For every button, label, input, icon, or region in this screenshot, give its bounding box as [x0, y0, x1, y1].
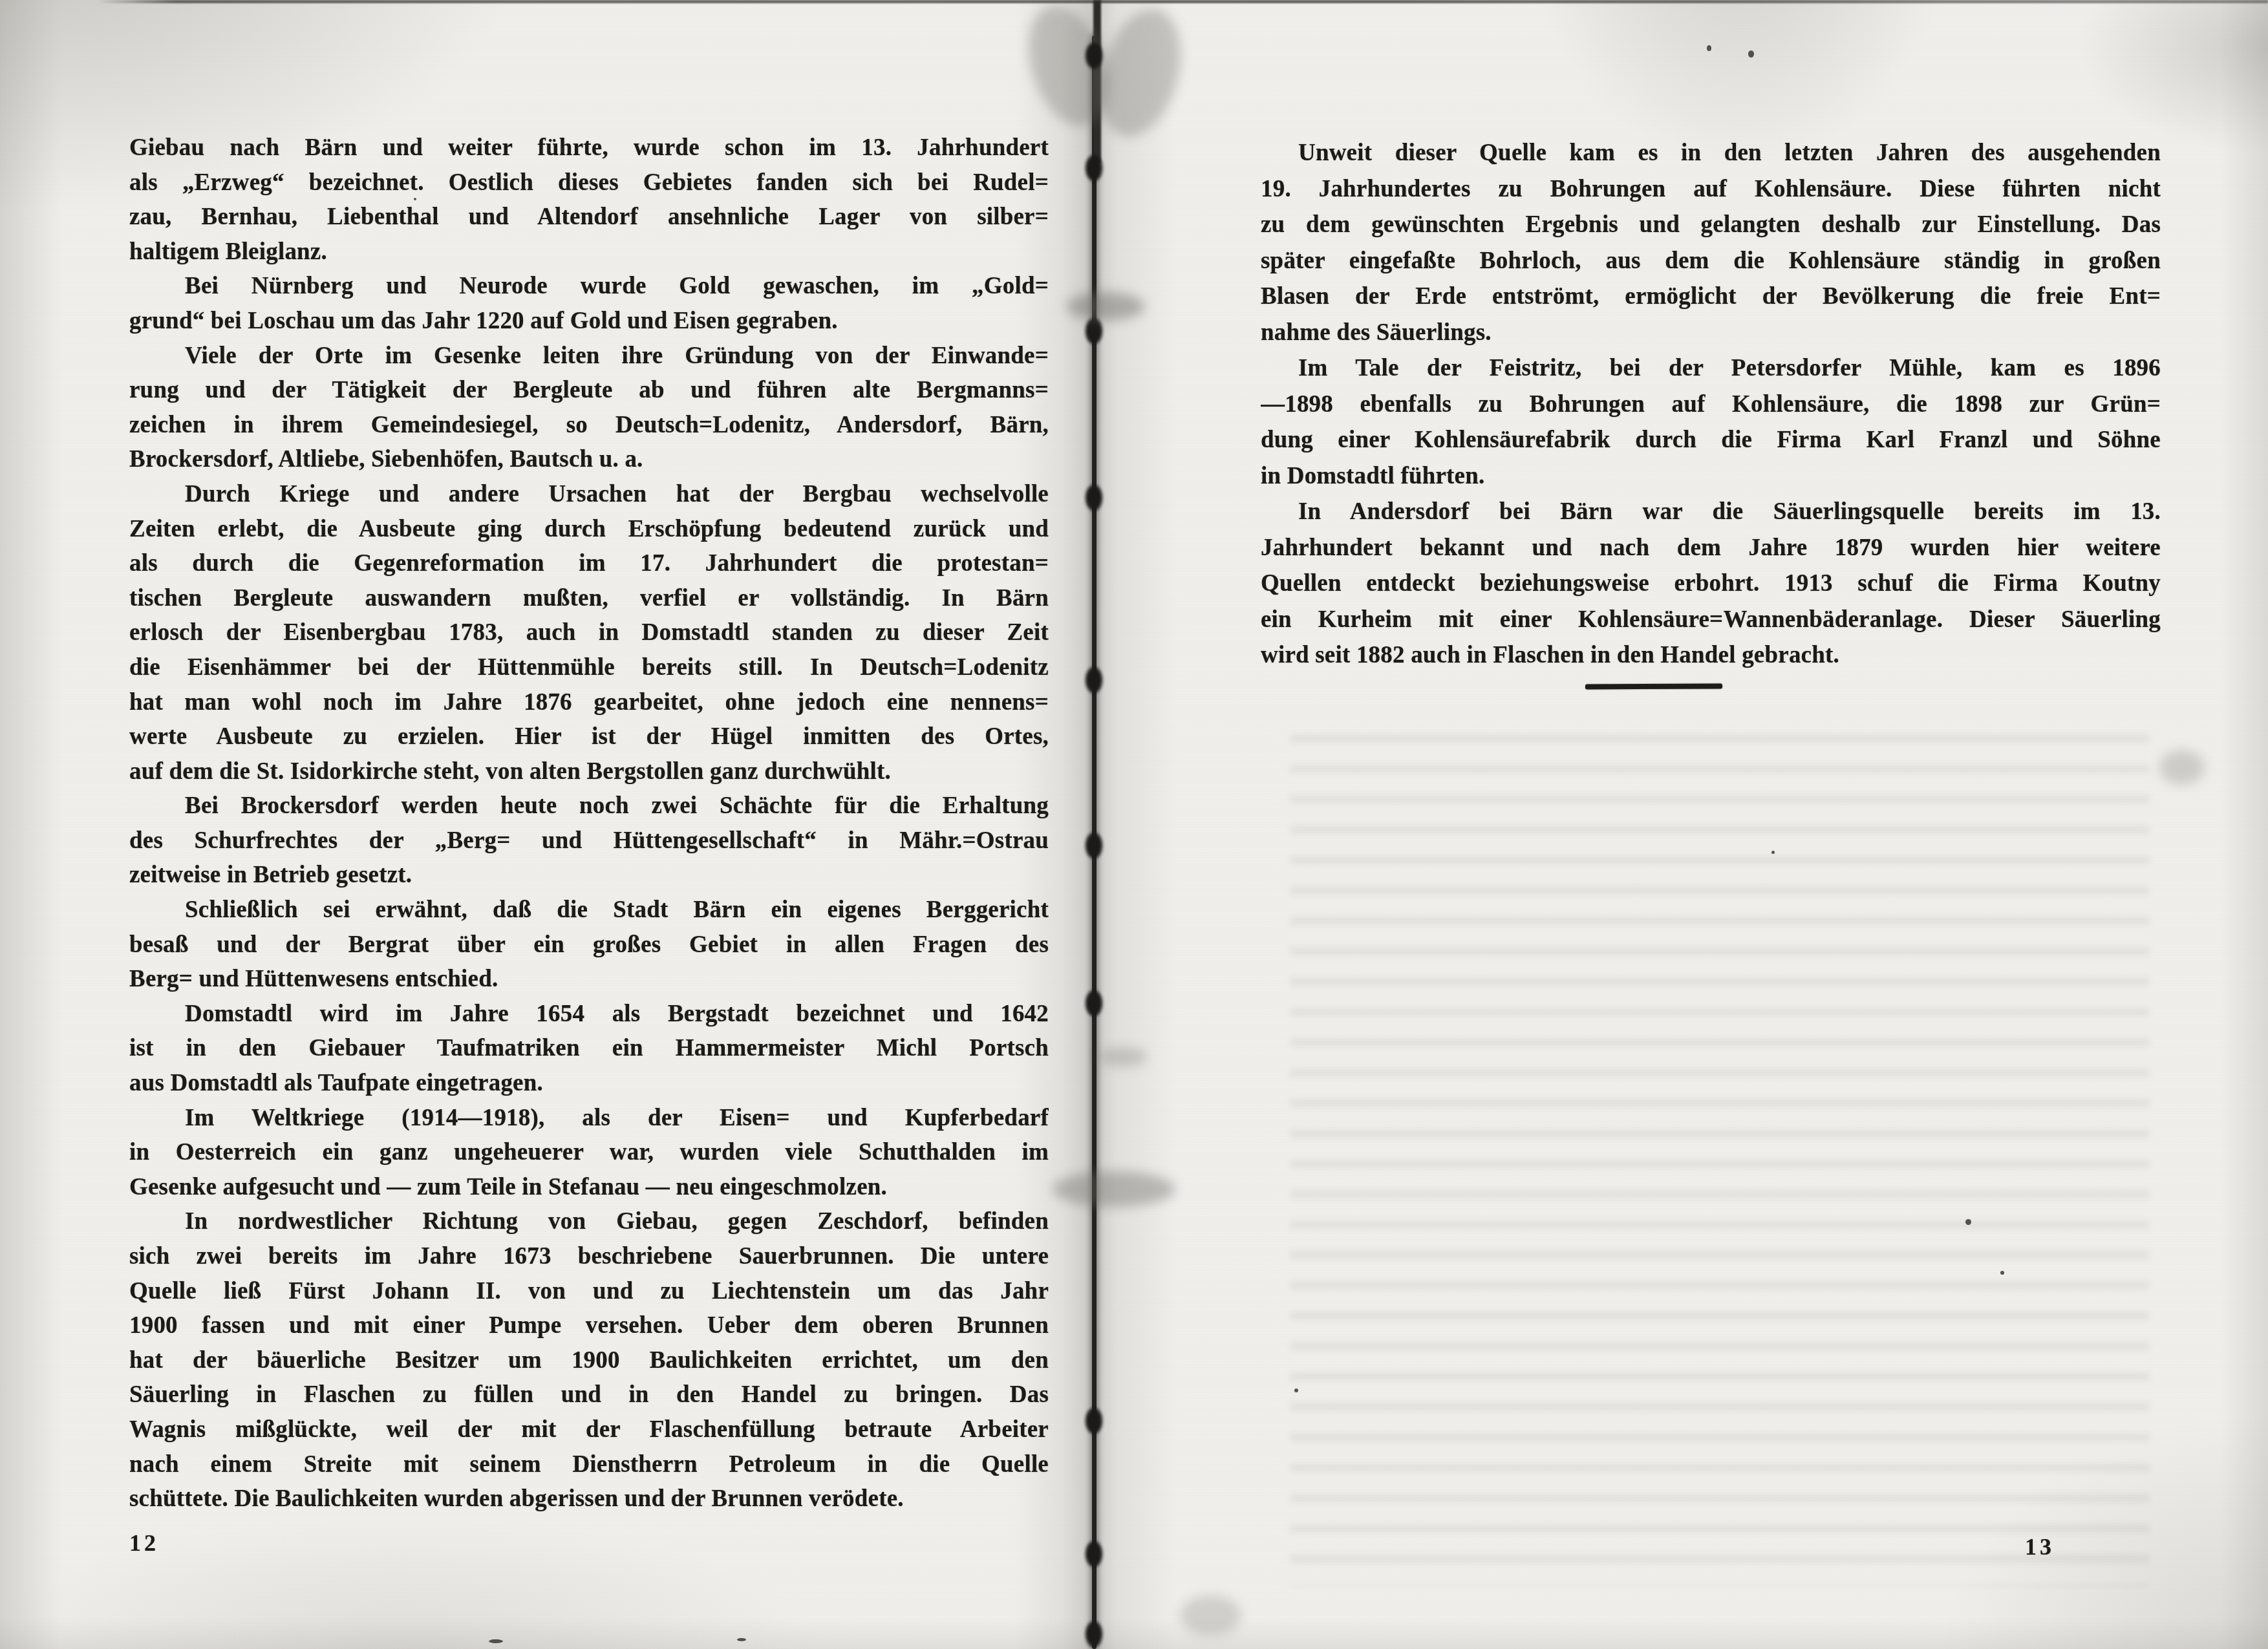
- scan-top-edge-shadow: [97, 0, 2268, 3]
- ink-speck: [1707, 45, 1711, 51]
- margin-smudge: [2159, 750, 2205, 785]
- text-line: nach einem Streite mit seinem Dienstherr…: [129, 1447, 1049, 1482]
- text-line: Schließlich sei erwähnt, daß die Stadt B…: [129, 893, 1049, 928]
- binding-stitch: [1086, 1408, 1102, 1434]
- binding-stitch: [1086, 485, 1102, 511]
- text-line: dung einer Kohlensäurefabrik durch die F…: [1261, 422, 2161, 458]
- text-line: als „Erzweg“ bezeichnet. Oestlich dieses…: [129, 165, 1049, 200]
- text-line: Brockersdorf, Altliebe, Siebenhöfen, Bau…: [129, 442, 1049, 477]
- text-line: in Oesterreich ein ganz ungeheuerer war,…: [129, 1135, 1049, 1170]
- text-line: wird seit 1882 auch in Flaschen in den H…: [1261, 637, 2161, 674]
- text-line: die Eisenhämmer bei der Hüttenmühle bere…: [129, 650, 1049, 685]
- text-line: zu dem gewünschten Ergebnis und gelangte…: [1261, 207, 2161, 243]
- gutter-smudge: [1053, 1171, 1175, 1207]
- book-scan: Giebau nach Bärn und weiter führte, wurd…: [0, 0, 2268, 1649]
- binding-stitch: [1086, 155, 1102, 181]
- text-line: 19. Jahrhundertes zu Bohrungen auf Kohle…: [1261, 171, 2161, 207]
- text-line: Jahrhundert bekannt und nach dem Jahre 1…: [1261, 530, 2161, 566]
- binding-stitch: [1086, 1541, 1102, 1567]
- text-line: später eingefaßte Bohrloch, aus dem die …: [1261, 243, 2161, 279]
- text-line: ein Kurheim mit einer Kohlensäure=Wannen…: [1261, 602, 2161, 638]
- ink-speck: [1965, 1219, 1971, 1225]
- text-line: Quellen entdeckt beziehungsweise erbohrt…: [1261, 566, 2161, 602]
- text-line: Giebau nach Bärn und weiter führte, wurd…: [129, 131, 1049, 165]
- text-line: Wagnis mißglückte, weil der mit der Flas…: [129, 1412, 1049, 1447]
- bleedthrough-ghost-text: [1290, 734, 2150, 1587]
- ink-speck: [489, 1639, 503, 1643]
- text-line: Viele der Orte im Gesenke leiten ihre Gr…: [129, 339, 1049, 374]
- text-line: Im Weltkriege (1914—1918), als der Eisen…: [129, 1101, 1049, 1136]
- text-line: in Domstadtl führten.: [1261, 458, 2161, 495]
- gutter-smudge: [1067, 292, 1144, 321]
- text-line: In nordwestlicher Richtung von Giebau, g…: [129, 1204, 1049, 1239]
- text-line: 1900 fassen und mit einer Pumpe versehen…: [129, 1308, 1049, 1343]
- text-line: Im Tale der Feistritz, bei der Petersdor…: [1261, 350, 2161, 387]
- text-line: zeichen in ihrem Gemeindesiegel, so Deut…: [129, 408, 1049, 443]
- text-line: ist in den Giebauer Taufmatriken ein Ham…: [129, 1031, 1049, 1066]
- text-line: grund“ bei Loschau um das Jahr 1220 auf …: [129, 304, 1049, 339]
- binding-stitch: [1086, 990, 1102, 1016]
- text-line: auf dem die St. Isidorkirche steht, von …: [129, 754, 1049, 789]
- text-line: Bei Nürnberg und Neurode wurde Gold gewa…: [129, 269, 1049, 304]
- text-line: besaß und der Bergrat über ein großes Ge…: [129, 928, 1049, 963]
- ink-speck: [1748, 50, 1754, 58]
- text-line: Zeiten erlebt, die Ausbeute ging durch E…: [129, 512, 1049, 547]
- left-page-text-block: Giebau nach Bärn und weiter führte, wurd…: [129, 131, 1049, 1516]
- binding-stitch: [1086, 43, 1102, 69]
- binding-stitch: [1086, 833, 1102, 858]
- ink-speck: [737, 1638, 746, 1641]
- text-line: haltigem Bleiglanz.: [129, 235, 1049, 270]
- section-divider-rule: [1585, 683, 1722, 689]
- text-line: Durch Kriege und andere Ursachen hat der…: [129, 477, 1049, 512]
- text-line: als durch die Gegenreformation im 17. Ja…: [129, 546, 1049, 581]
- text-line: Berg= und Hüttenwesens entschied.: [129, 962, 1049, 997]
- text-line: erlosch der Eisenbergbau 1783, auch in D…: [129, 615, 1049, 650]
- text-line: Unweit dieser Quelle kam es in den letzt…: [1261, 135, 2161, 171]
- text-line: Domstadtl wird im Jahre 1654 als Bergsta…: [129, 997, 1049, 1032]
- text-line: sich zwei bereits im Jahre 1673 beschrie…: [129, 1239, 1049, 1274]
- text-line: —1898 ebenfalls zu Bohrungen auf Kohlens…: [1261, 387, 2161, 423]
- text-line: aus Domstadtl als Taufpate eingetragen.: [129, 1066, 1049, 1101]
- text-line: des Schurfrechtes der „Berg= und Hütteng…: [129, 824, 1049, 858]
- binding-stitch: [1086, 667, 1102, 693]
- text-line: tischen Bergleute auswandern mußten, ver…: [129, 581, 1049, 616]
- text-line: Quelle ließ Fürst Johann II. von und zu …: [129, 1274, 1049, 1309]
- text-line: Gesenke aufgesucht und — zum Teile in St…: [129, 1170, 1049, 1205]
- binding-stitch: [1086, 318, 1102, 344]
- gutter-smudge: [1180, 1595, 1241, 1635]
- text-line: rung und der Tätigkeit der Bergleute ab …: [129, 373, 1049, 408]
- ink-speck: [2000, 1271, 2004, 1275]
- text-line: hat der bäuerliche Besitzer um 1900 Baul…: [129, 1343, 1049, 1378]
- text-line: Blasen der Erde entströmt, ermöglicht de…: [1261, 279, 2161, 315]
- text-line: In Andersdorf bei Bärn war die Säuerling…: [1261, 494, 2161, 530]
- page-number-right: 13: [2025, 1533, 2055, 1560]
- text-line: hat man wohl noch im Jahre 1876 gearbeit…: [129, 685, 1049, 720]
- text-line: schüttete. Die Baulichkeiten wurden abge…: [129, 1482, 1049, 1516]
- text-line: Säuerling in Flaschen zu füllen und in d…: [129, 1378, 1049, 1412]
- text-line: zeitweise in Betrieb gesetzt.: [129, 858, 1049, 893]
- gutter-smudge: [1099, 1047, 1148, 1067]
- text-line: Bei Brockersdorf werden heute noch zwei …: [129, 789, 1049, 824]
- ink-speck: [1294, 1388, 1298, 1392]
- text-line: werte Ausbeute zu erzielen. Hier ist der…: [129, 719, 1049, 754]
- binding-stitch: [1086, 1621, 1102, 1647]
- text-line: zau, Bernhau, Liebenthal und Altendorf a…: [129, 200, 1049, 235]
- ink-speck: [561, 147, 564, 152]
- ink-speck: [1771, 851, 1775, 854]
- text-line: nahme des Säuerlings.: [1261, 315, 2161, 351]
- ink-speck: [414, 198, 416, 200]
- right-page-text-block: Unweit dieser Quelle kam es in den letzt…: [1261, 135, 2161, 674]
- page-number-left: 12: [129, 1529, 159, 1557]
